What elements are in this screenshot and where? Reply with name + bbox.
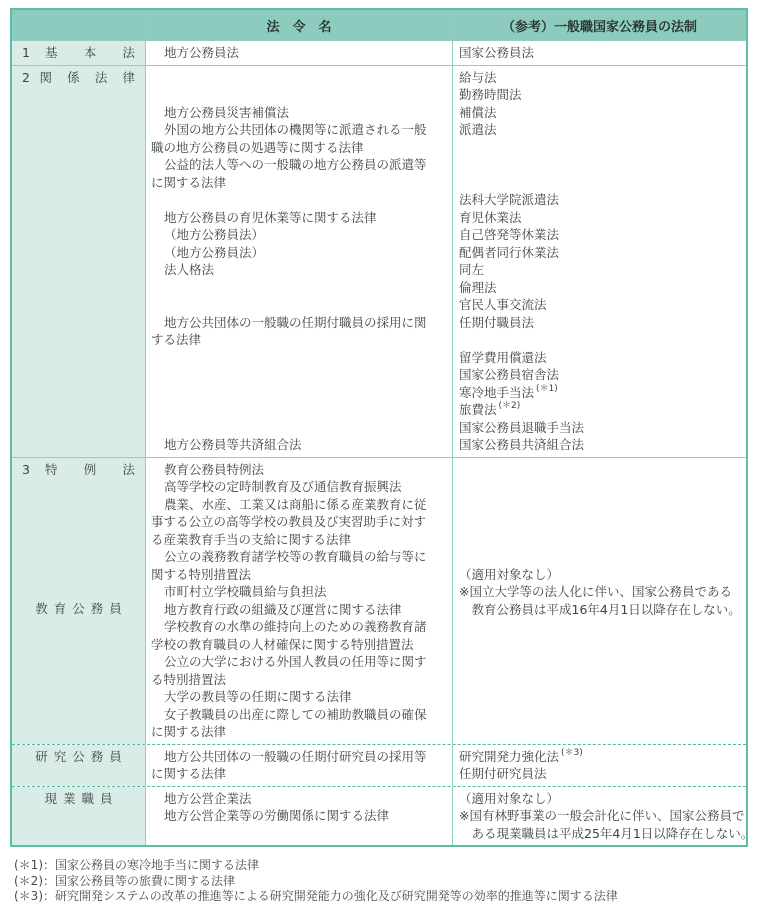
- law-text-line: ※国立大学等の法人化に伴い、国家公務員である: [459, 583, 742, 601]
- table-body: 1 基 本 法地方公務員法国家公務員法2 関 係 法 律 地方公務員災害補償法外…: [12, 40, 746, 845]
- law-text-line: [459, 478, 742, 496]
- footnote-ref: (＊1): [534, 384, 558, 394]
- law-text-line: [459, 531, 742, 549]
- law-text-line: 研究開発力強化法(＊3): [459, 748, 742, 766]
- law-text-line: 法科大学院派遣法: [459, 191, 742, 209]
- law-text-line: 教育公務員は平成16年4月1日以降存在しない。: [459, 601, 742, 619]
- row-label-cell: 3 特 例 法教育公務員: [12, 458, 146, 744]
- header-cell-category: [12, 10, 146, 40]
- law-name-cell: 地方公務員法: [146, 41, 453, 65]
- law-text-line: [151, 384, 448, 402]
- law-text-line: [459, 156, 742, 174]
- law-text-line: 同左: [459, 261, 742, 279]
- row-label-cell: 1 基 本 法: [12, 41, 146, 65]
- law-text-line: ある現業職員は平成25年4月1日以降存在しない。: [459, 825, 742, 843]
- law-text-line: に関する法律: [151, 765, 448, 783]
- law-text-line: [151, 86, 448, 104]
- row-label-cell: 2 関 係 法 律: [12, 66, 146, 457]
- national-law-cell: （適用対象なし）※国立大学等の法人化に伴い、国家公務員である 教育公務員は平成1…: [453, 458, 746, 744]
- law-text-line: 学校教育の水準の維持向上のための義務教育諸: [151, 618, 448, 636]
- row-label: 現業職員: [22, 790, 135, 808]
- law-text-line: 関する特別措置法: [151, 566, 448, 584]
- law-text-line: [459, 139, 742, 157]
- row-label: 3 特 例 法: [22, 461, 135, 479]
- law-text-line: [459, 548, 742, 566]
- law-text-line: 職の地方公務員の処遇等に関する法律: [151, 139, 448, 157]
- law-text-line: （地方公務員法）: [151, 226, 448, 244]
- law-text-line: 補償法: [459, 104, 742, 122]
- law-text-line: 地方公営企業等の労働関係に関する法律: [151, 807, 448, 825]
- law-text-line: [151, 296, 448, 314]
- law-text-line: 事する公立の高等学校の教員及び実習助手に対す: [151, 513, 448, 531]
- footnote-3: (＊3)：研究開発システムの改革の推進等による研究開発能力の強化及び研究開発等の…: [14, 889, 754, 905]
- table-header-row: 法 令 名 （参考）一般職国家公務員の法制: [12, 10, 746, 40]
- national-law-cell: 研究開発力強化法(＊3)任期付研究員法: [453, 745, 746, 786]
- law-text-line: （地方公務員法）: [151, 244, 448, 262]
- law-text-line: 地方公務員等共済組合法: [151, 436, 448, 454]
- national-law-cell: 給与法勤務時間法補償法派遣法 法科大学院派遣法育児休業法自己啓発等休業法配偶者同…: [453, 66, 746, 457]
- law-text-line: 留学費用償還法: [459, 349, 742, 367]
- footnote-2: (＊2)：国家公務員等の旅費に関する法律: [14, 874, 754, 890]
- header-cell-national-law-system: （参考）一般職国家公務員の法制: [453, 10, 746, 40]
- law-text-line: 外国の地方公共団体の機関等に派遣される一般: [151, 121, 448, 139]
- table-row-basic-law: 1 基 本 法地方公務員法国家公務員法: [12, 40, 746, 65]
- law-text-line: る特別措置法: [151, 671, 448, 689]
- law-text-line: [459, 496, 742, 514]
- law-text-line: [151, 191, 448, 209]
- footnote-1: (＊1)：国家公務員の寒冷地手当に関する法律: [14, 858, 754, 874]
- law-text-line: 地方公営企業法: [151, 790, 448, 808]
- law-name-cell: 地方公営企業法地方公営企業等の労働関係に関する法律: [146, 787, 453, 846]
- row-sublabel: 教育公務員: [22, 600, 135, 618]
- law-text-line: [459, 174, 742, 192]
- row-label-cell: 現業職員: [12, 787, 146, 846]
- law-text-line: 地方教育行政の組織及び運営に関する法律: [151, 601, 448, 619]
- law-text-line: [459, 461, 742, 479]
- law-text-line: （適用対象なし）: [459, 566, 742, 584]
- national-law-cell: （適用対象なし）※国有林野事業の一般会計化に伴い、国家公務員で ある現業職員は平…: [453, 787, 746, 846]
- law-text-line: [151, 366, 448, 384]
- table-row-special-laws-education: 3 特 例 法教育公務員教育公務員特例法高等学校の定時制教育及び通信教育振興法農…: [12, 457, 746, 744]
- law-text-line: する法律: [151, 331, 448, 349]
- law-text-line: [151, 419, 448, 437]
- law-text-line: [151, 279, 448, 297]
- footnotes-section: (＊1)：国家公務員の寒冷地手当に関する法律 (＊2)：国家公務員等の旅費に関す…: [14, 858, 754, 905]
- law-text-line: 大学の教員等の任期に関する法律: [151, 688, 448, 706]
- table-row-industrial-employees: 現業職員地方公営企業法地方公営企業等の労働関係に関する法律（適用対象なし）※国有…: [12, 786, 746, 846]
- law-text-line: ※国有林野事業の一般会計化に伴い、国家公務員で: [459, 807, 742, 825]
- law-text-line: 給与法: [459, 69, 742, 87]
- law-text-line: 農業、水産、工業又は商船に係る産業教育に従: [151, 496, 448, 514]
- law-text-line: [151, 69, 448, 87]
- row-label: 2 関 係 法 律: [22, 69, 135, 87]
- law-text-line: 勤務時間法: [459, 86, 742, 104]
- law-text-line: 公立の義務教育諸学校等の教育職員の給与等に: [151, 548, 448, 566]
- law-text-line: 派遣法: [459, 121, 742, 139]
- law-text-line: 地方公務員の育児休業等に関する法律: [151, 209, 448, 227]
- law-text-line: 教育公務員特例法: [151, 461, 448, 479]
- law-text-line: 国家公務員退職手当法: [459, 419, 742, 437]
- law-text-line: 国家公務員法: [459, 44, 742, 62]
- law-text-line: 地方公務員災害補償法: [151, 104, 448, 122]
- law-text-line: 国家公務員共済組合法: [459, 436, 742, 454]
- law-text-line: （適用対象なし）: [459, 790, 742, 808]
- law-text-line: 法人格法: [151, 261, 448, 279]
- law-text-line: 高等学校の定時制教育及び通信教育振興法: [151, 478, 448, 496]
- law-text-line: 市町村立学校職員給与負担法: [151, 583, 448, 601]
- law-name-cell: 教育公務員特例法高等学校の定時制教育及び通信教育振興法農業、水産、工業又は商船に…: [146, 458, 453, 744]
- row-label: 研究公務員: [22, 748, 135, 766]
- law-text-line: 倫理法: [459, 279, 742, 297]
- law-text-line: [459, 513, 742, 531]
- law-text-line: 学校の教育職員の人材確保に関する特別措置法: [151, 636, 448, 654]
- header-cell-law-name: 法 令 名: [146, 10, 453, 40]
- law-name-cell: 地方公共団体の一般職の任期付研究員の採用等に関する法律: [146, 745, 453, 786]
- law-comparison-table: 法 令 名 （参考）一般職国家公務員の法制 1 基 本 法地方公務員法国家公務員…: [10, 8, 748, 847]
- law-text-line: る産業教育手当の支給に関する法律: [151, 531, 448, 549]
- law-text-line: 官民人事交流法: [459, 296, 742, 314]
- row-label: 1 基 本 法: [22, 44, 135, 62]
- footnote-ref: (＊3): [559, 748, 583, 758]
- row-label-cell: 研究公務員: [12, 745, 146, 786]
- law-text-line: [459, 331, 742, 349]
- law-text-line: 国家公務員宿舎法: [459, 366, 742, 384]
- table-row-related-laws: 2 関 係 法 律 地方公務員災害補償法外国の地方公共団体の機関等に派遣される一…: [12, 65, 746, 457]
- law-text-line: [151, 349, 448, 367]
- law-text-line: 任期付研究員法: [459, 765, 742, 783]
- table-row-research-officials: 研究公務員地方公共団体の一般職の任期付研究員の採用等に関する法律研究開発力強化法…: [12, 744, 746, 786]
- law-text-line: 自己啓発等休業法: [459, 226, 742, 244]
- law-text-line: 公立の大学における外国人教員の任用等に関す: [151, 653, 448, 671]
- law-text-line: 育児休業法: [459, 209, 742, 227]
- law-text-line: 寒冷地手当法(＊1): [459, 384, 742, 402]
- law-text-line: 地方公務員法: [151, 44, 448, 62]
- law-text-line: 配偶者同行休業法: [459, 244, 742, 262]
- law-text-line: 地方公共団体の一般職の任期付研究員の採用等: [151, 748, 448, 766]
- law-text-line: 女子教職員の出産に際しての補助教職員の確保: [151, 706, 448, 724]
- footnote-ref: (＊2): [497, 401, 521, 411]
- law-text-line: 地方公共団体の一般職の任期付職員の採用に関: [151, 314, 448, 332]
- law-name-cell: 地方公務員災害補償法外国の地方公共団体の機関等に派遣される一般職の地方公務員の処…: [146, 66, 453, 457]
- law-text-line: [151, 401, 448, 419]
- national-law-cell: 国家公務員法: [453, 41, 746, 65]
- law-text-line: に関する法律: [151, 174, 448, 192]
- law-text-line: 旅費法(＊2): [459, 401, 742, 419]
- law-text-line: に関する法律: [151, 723, 448, 741]
- law-text-line: 公益的法人等への一般職の地方公務員の派遣等: [151, 156, 448, 174]
- law-text-line: 任期付職員法: [459, 314, 742, 332]
